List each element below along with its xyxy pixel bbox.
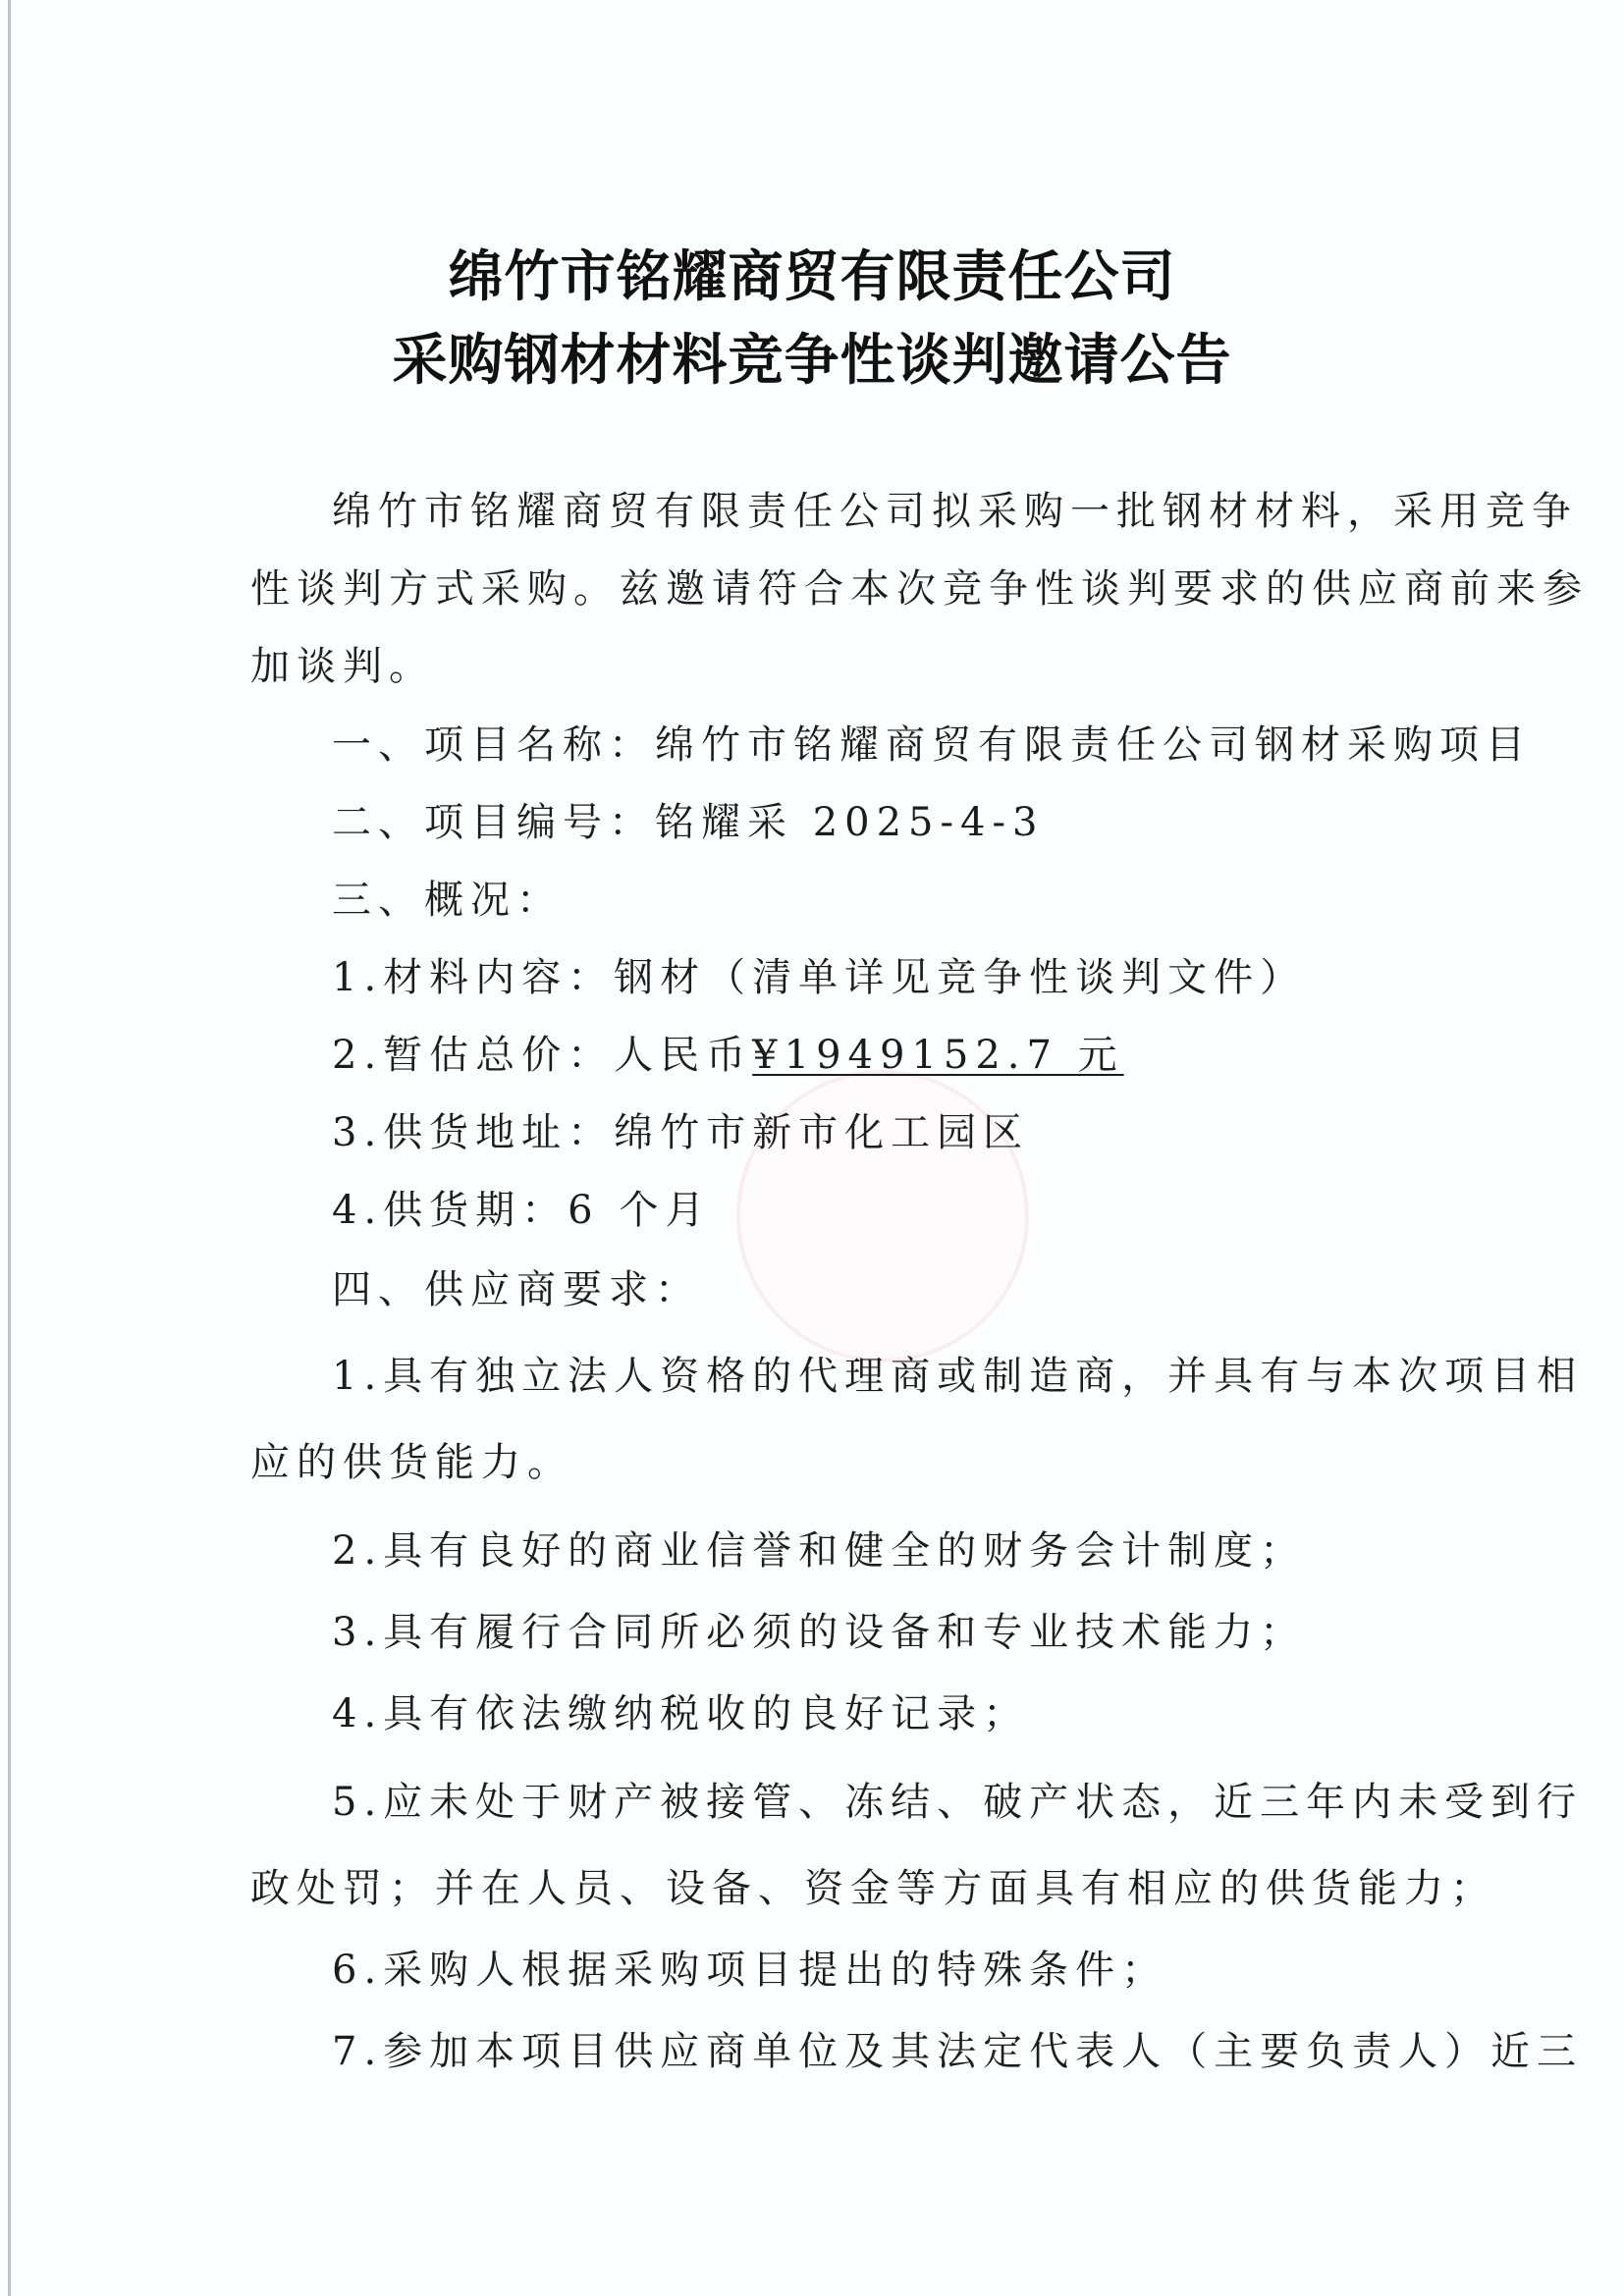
item-label: 1.材料内容：: [332, 955, 614, 1000]
project-number-value: 铭耀采 2025-4-3: [655, 800, 1044, 845]
section-project-number: 二、项目编号：铭耀采 2025-4-3: [332, 799, 1044, 846]
section-overview-heading: 三、概况：: [332, 877, 563, 924]
overview-item-material: 1.材料内容：钢材（清单详见竞争性谈判文件）: [332, 954, 1306, 1001]
item-value: 绵竹市新市化工园区: [614, 1110, 1029, 1155]
requirement-2: 2.具有良好的商业信誉和健全的财务会计制度；: [332, 1527, 1306, 1575]
intro-line-2: 性谈判方式采购。兹邀请符合本次竞争性谈判要求的供应商前来参: [250, 565, 1589, 613]
title-company: 绵竹市铭耀商贸有限责任公司: [0, 234, 1624, 312]
requirement-3: 3.具有履行合同所必须的设备和专业技术能力；: [332, 1609, 1306, 1656]
requirement-6: 6.采购人根据采购项目提出的特殊条件；: [332, 1947, 1167, 1994]
document-page: 绵竹市铭耀商贸有限责任公司 采购钢材材料竞争性谈判邀请公告 绵竹市铭耀商贸有限责…: [0, 0, 1624, 2296]
requirement-1-line-2: 应的供货能力。: [250, 1439, 573, 1486]
requirement-4: 4.具有依法缴纳税收的良好记录；: [332, 1690, 1029, 1737]
item-label: 4.供货期：: [332, 1188, 568, 1233]
overview-item-period: 4.供货期：6 个月: [332, 1187, 711, 1234]
overview-item-address: 3.供货地址：绵竹市新市化工园区: [332, 1109, 1029, 1156]
item-value: 钢材（清单详见竞争性谈判文件）: [614, 955, 1306, 1000]
section-heading: 二、项目编号：: [332, 800, 655, 845]
item-label: 3.供货地址：: [332, 1110, 614, 1155]
requirement-5-line-1: 5.应未处于财产被接管、冻结、破产状态，近三年内未受到行: [332, 1779, 1583, 1826]
overview-item-price: 2.暂估总价：人民币¥1949152.7 元: [332, 1032, 1124, 1079]
requirement-5-line-2: 政处罚；并在人员、设备、资金等方面具有相应的供货能力；: [250, 1865, 1496, 1912]
currency-prefix: 人民币: [614, 1033, 752, 1078]
section-heading: 一、项目名称：: [332, 722, 655, 768]
section-project-name: 一、项目名称：绵竹市铭耀商贸有限责任公司钢材采购项目: [332, 721, 1532, 769]
item-label: 2.暂估总价：: [332, 1033, 614, 1078]
estimated-price-value: ¥1949152.7 元: [752, 1033, 1123, 1078]
requirement-1-line-1: 1.具有独立法人资格的代理商或制造商，并具有与本次项目相: [332, 1353, 1583, 1400]
item-value: 6 个月: [568, 1188, 711, 1233]
section-supplier-requirements-heading: 四、供应商要求：: [332, 1266, 701, 1313]
intro-line-1: 绵竹市铭耀商贸有限责任公司拟采购一批钢材材料，采用竞争: [332, 488, 1578, 535]
project-name-value: 绵竹市铭耀商贸有限责任公司钢材采购项目: [655, 722, 1532, 768]
requirement-7-line-1: 7.参加本项目供应商单位及其法定代表人（主要负责人）近三: [332, 2028, 1583, 2075]
intro-line-3: 加谈判。: [250, 643, 435, 690]
title-announcement: 采购钢材材料竞争性谈判邀请公告: [0, 317, 1624, 396]
